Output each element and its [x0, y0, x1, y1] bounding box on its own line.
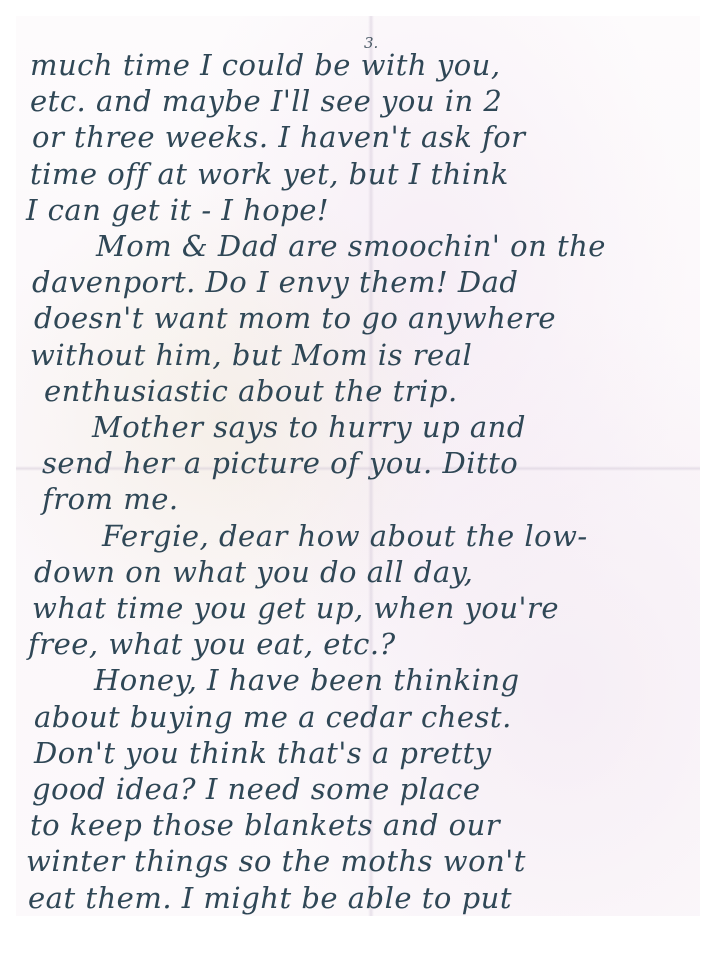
letter-line: good idea? I need some place	[32, 772, 481, 806]
letter-line: down on what you do all day,	[34, 555, 473, 589]
handwritten-text: much time I could be with you, etc. and …	[16, 16, 700, 916]
letter-line: what time you get up, when you're	[32, 591, 559, 625]
letter-line: etc. and maybe I'll see you in 2	[30, 84, 502, 118]
letter-line: Fergie, dear how about the low-	[102, 519, 588, 553]
letter-line: time off at work yet, but I think	[30, 157, 509, 191]
letter-line: or three weeks. I haven't ask for	[32, 120, 526, 154]
letter-line: free, what you eat, etc.?	[28, 627, 396, 661]
letter-line: about buying me a cedar chest.	[34, 700, 512, 734]
letter-line: from me.	[42, 482, 179, 516]
letter-line: winter things so the moths won't	[26, 844, 526, 878]
letter-line: send her a picture of you. Ditto	[42, 446, 518, 480]
letter-line: to keep those blankets and our	[30, 808, 500, 842]
letter-line: Honey, I have been thinking	[94, 663, 520, 697]
letter-line: Mom & Dad are smoochin' on the	[96, 229, 606, 263]
letter-line: doesn't want mom to go anywhere	[34, 301, 556, 335]
letter-page: 3. much time I could be with you, etc. a…	[16, 16, 700, 916]
letter-line: eat them. I might be able to put	[28, 881, 512, 915]
letter-line: I can get it - I hope!	[26, 193, 329, 227]
letter-line: davenport. Do I envy them! Dad	[32, 265, 518, 299]
letter-line: much time I could be with you,	[30, 48, 501, 82]
letter-line: Mother says to hurry up and	[92, 410, 526, 444]
letter-line: enthusiastic about the trip.	[44, 374, 458, 408]
letter-line: without him, but Mom is real	[30, 338, 472, 372]
letter-line: Don't you think that's a pretty	[34, 736, 492, 770]
